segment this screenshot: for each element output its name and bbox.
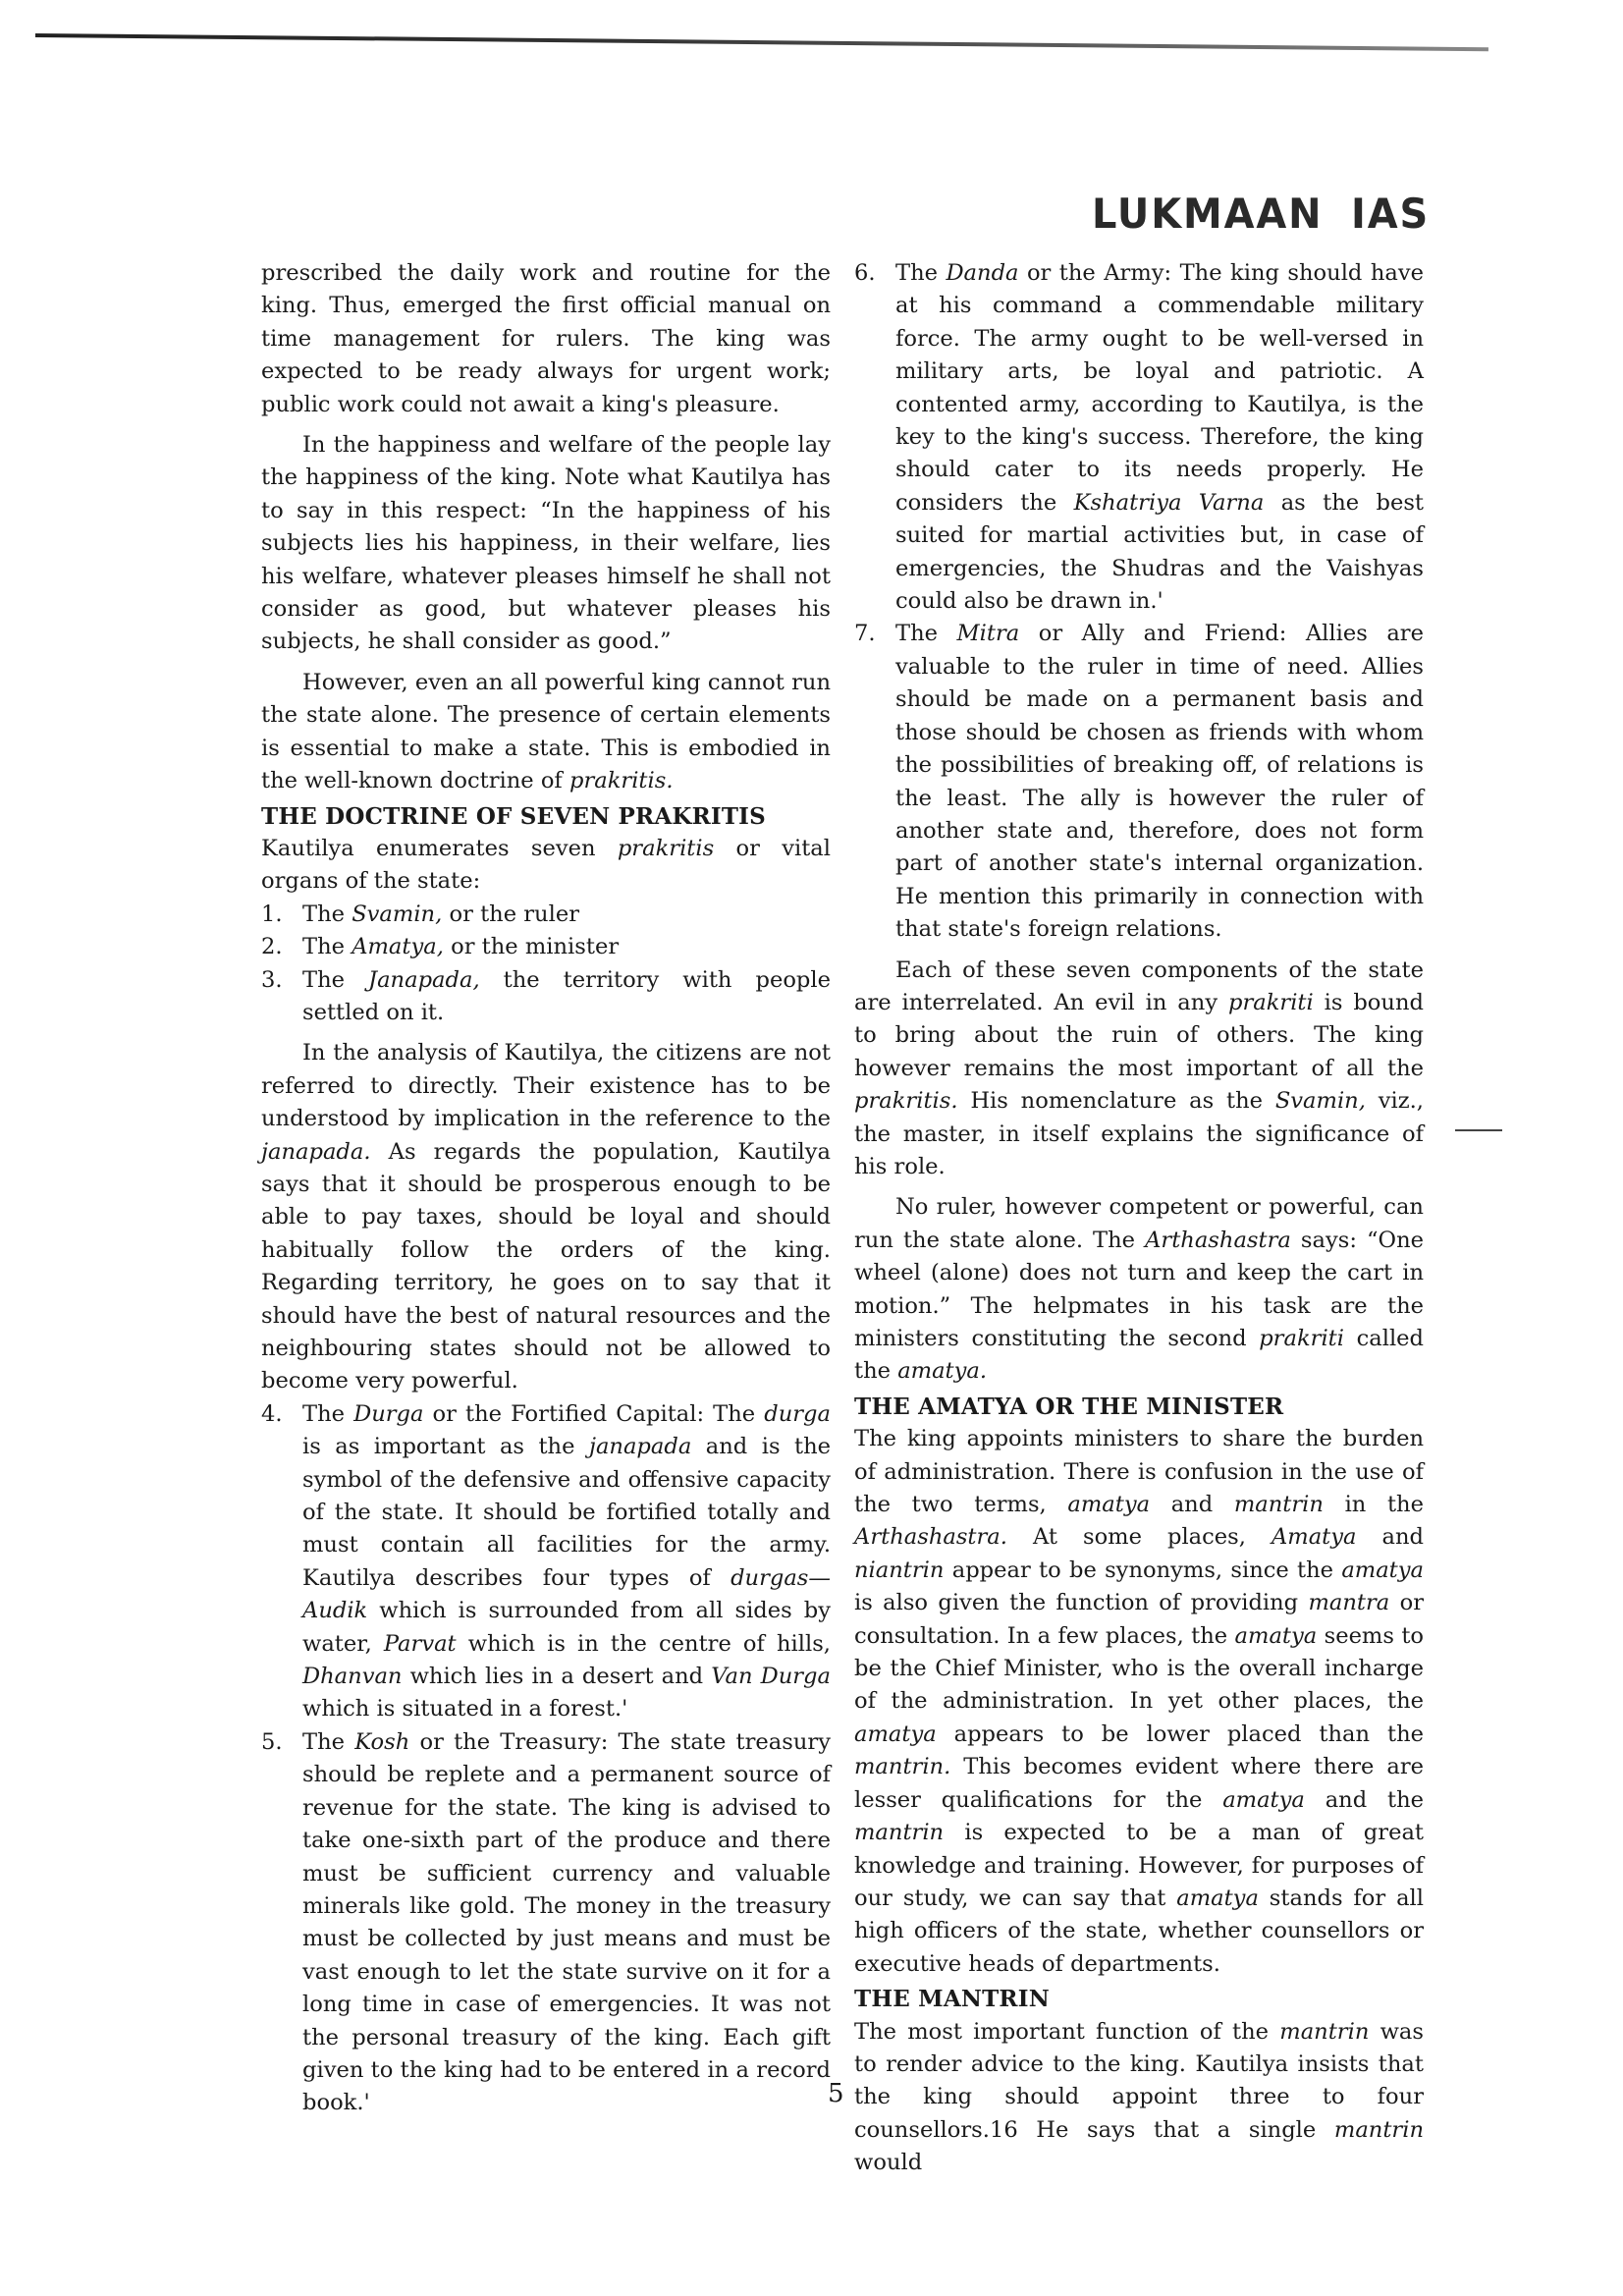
list-item: 2.The Amatya, or the minister bbox=[261, 931, 831, 963]
paragraph: Each of these seven components of the st… bbox=[854, 955, 1424, 1184]
page-number: 5 bbox=[828, 2079, 844, 2108]
margin-mark bbox=[1455, 1129, 1502, 1131]
paragraph: However, even an all powerful king canno… bbox=[261, 667, 831, 798]
list-item: 7.The Mitra or Ally and Friend: Allies a… bbox=[854, 618, 1424, 946]
list-item: 6.The Danda or the Army: The king should… bbox=[854, 257, 1424, 618]
list-item: 3.The Janapada, the territory with peopl… bbox=[261, 964, 831, 1030]
paragraph: In the analysis of Kautilya, the citizen… bbox=[261, 1037, 831, 1397]
logo-text-ias: IAS bbox=[1351, 190, 1430, 238]
section-heading: THE MANTRIN bbox=[854, 1983, 1424, 2015]
right-column: 6.The Danda or the Army: The king should… bbox=[854, 257, 1424, 2180]
paragraph: The king appoints ministers to share the… bbox=[854, 1423, 1424, 1981]
paragraph: No ruler, however competent or powerful,… bbox=[854, 1191, 1424, 1388]
list-item: 5.The Kosh or the Treasury: The state tr… bbox=[261, 1726, 831, 2120]
section-heading: THE DOCTRINE OF SEVEN PRAKRITIS bbox=[261, 800, 831, 833]
paragraph: Kautilya enumerates seven prakritis or v… bbox=[261, 833, 831, 899]
list-item: 1.The Svamin, or the ruler bbox=[261, 899, 831, 931]
list-item: 4.The Durga or the Fortified Capital: Th… bbox=[261, 1398, 831, 1726]
top-rule-line bbox=[35, 33, 1488, 51]
paragraph: In the happiness and welfare of the peop… bbox=[261, 429, 831, 659]
logo-text-lukmaan: LUKMAAN bbox=[1092, 190, 1323, 238]
paragraph: prescribed the daily work and routine fo… bbox=[261, 257, 831, 421]
left-column: prescribed the daily work and routine fo… bbox=[261, 257, 831, 2120]
header-logo: LUKMAANIAS bbox=[1092, 192, 1430, 236]
paragraph: The most important function of the mantr… bbox=[854, 2016, 1424, 2180]
section-heading: THE AMATYA OR THE MINISTER bbox=[854, 1391, 1424, 1423]
